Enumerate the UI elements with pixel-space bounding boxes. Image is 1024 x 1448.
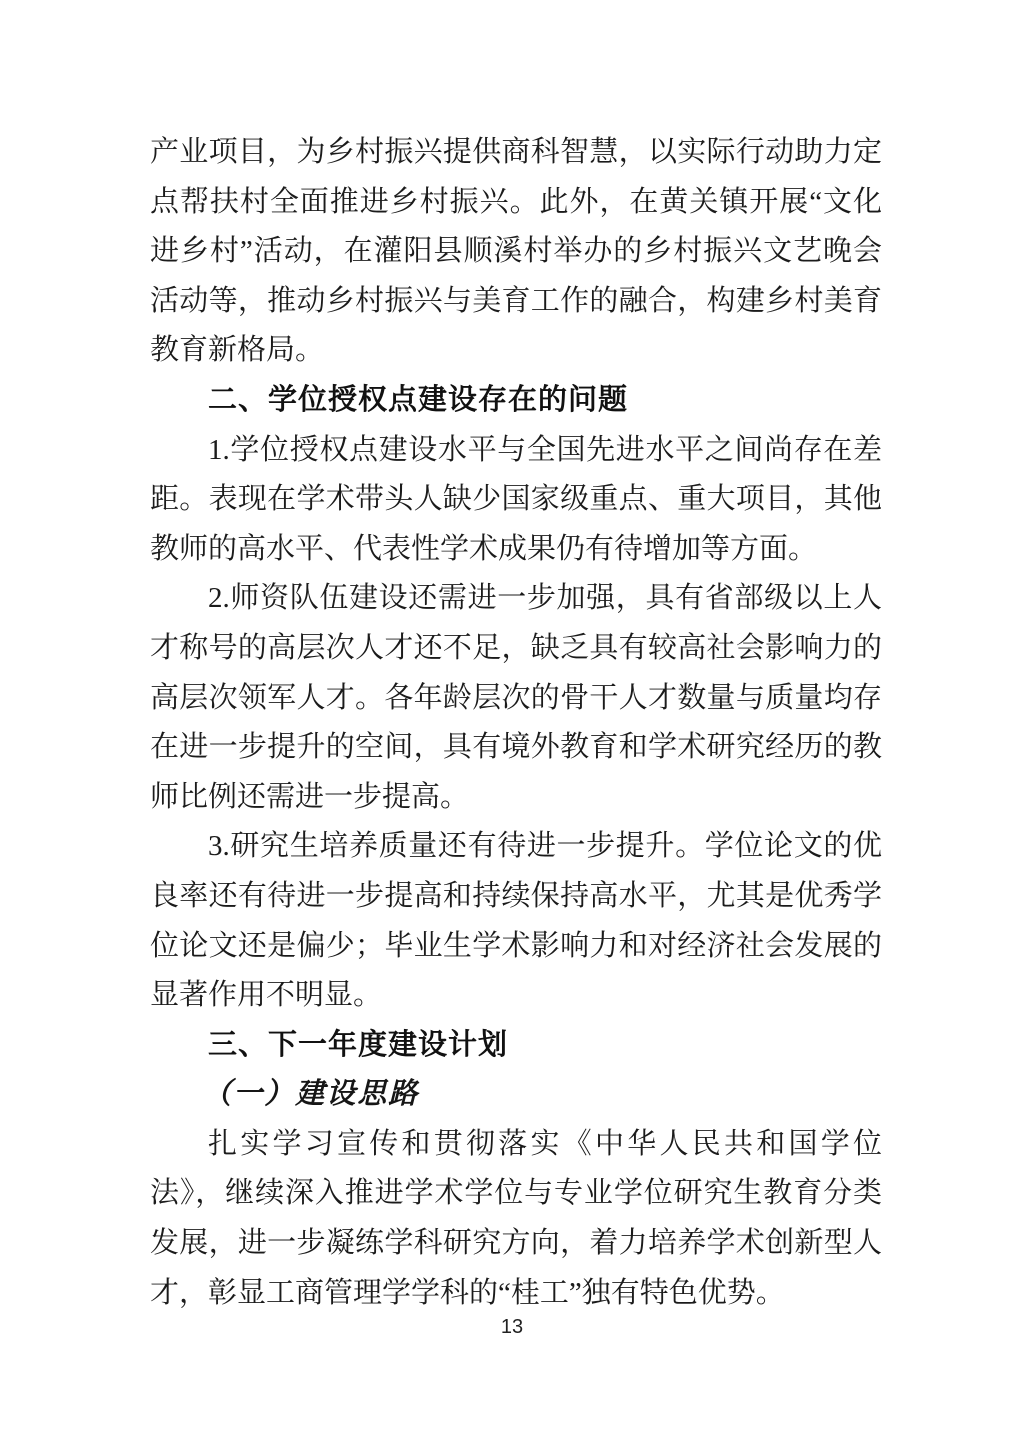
- paragraph-problem-2: 2.师资队伍建设还需进一步加强，具有省部级以上人才称号的高层次人才还不足，缺乏具…: [150, 574, 882, 822]
- paragraph-plan-1: 扎实学习宣传和贯彻落实《中华人民共和国学位法》，继续深入推进学术学位与专业学位研…: [150, 1120, 882, 1318]
- paragraph-problem-3: 3.研究生培养质量还有待进一步提升。学位论文的优良率还有待进一步提高和持续保持高…: [150, 822, 882, 1020]
- section-heading-next-year-plan: 三、下一年度建设计划: [150, 1021, 882, 1071]
- section-heading-problems: 二、学位授权点建设存在的问题: [150, 376, 882, 426]
- page-number: 13: [0, 1316, 1024, 1339]
- paragraph-intro-continuation: 产业项目，为乡村振兴提供商科智慧，以实际行动助力定点帮扶村全面推进乡村振兴。此外…: [150, 128, 882, 376]
- subsection-heading-construction-approach: （一）建设思路: [150, 1070, 882, 1120]
- document-content: 产业项目，为乡村振兴提供商科智慧，以实际行动助力定点帮扶村全面推进乡村振兴。此外…: [150, 128, 882, 1318]
- document-page: 产业项目，为乡村振兴提供商科智慧，以实际行动助力定点帮扶村全面推进乡村振兴。此外…: [0, 0, 1024, 1448]
- paragraph-problem-1: 1.学位授权点建设水平与全国先进水平之间尚存在差距。表现在学术带头人缺少国家级重…: [150, 426, 882, 575]
